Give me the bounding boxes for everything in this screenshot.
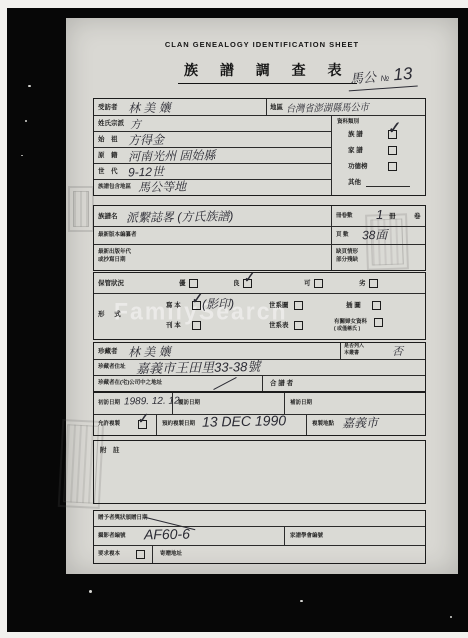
interviewee-label: 受訪者 — [98, 104, 118, 111]
award-date-label: 贈予者獎狀頒贈日期 — [98, 515, 148, 521]
copy-place-value: 嘉義市 — [342, 414, 378, 432]
gongdebang-checkbox — [388, 162, 397, 171]
table-checkbox — [294, 321, 303, 330]
manuscript-label: 寫 本 — [166, 302, 181, 309]
manuscript-note: (影印) — [202, 295, 234, 313]
row-origin: 原 籍 河南光州 固始縣 — [94, 147, 331, 163]
section-book-info: 族譜名 派繫誌畧 (方氏族譜) 冊卷數 1 冊 卷 最新版本編纂者 頁 數 38… — [93, 205, 426, 271]
print-label: 刊 本 — [166, 322, 181, 329]
option-good: 良 — [233, 280, 240, 287]
pubdate-label-2: 或抄寫日期 — [98, 257, 126, 263]
divider — [266, 99, 267, 115]
option-poor: 劣 — [359, 280, 366, 287]
row-workplace: 珍藏者在(宅)公司中之地址 合 譜 者 — [94, 375, 425, 391]
row-generations: 世 代 9-12世 — [94, 163, 331, 179]
coverage-value: 馬公等地 — [138, 178, 186, 196]
copy-date-label: 預約複製日期 — [162, 421, 195, 427]
scan-speck — [28, 85, 31, 87]
divider — [284, 526, 285, 545]
origin-label: 原 籍 — [98, 152, 118, 159]
divider — [340, 343, 341, 359]
divider — [262, 375, 263, 391]
pages-label: 頁 數 — [336, 232, 349, 238]
volumes-unit2: 卷 — [414, 213, 421, 220]
missing-label-2: 部分殘缺 — [336, 257, 358, 263]
number-symbol: № — [380, 74, 389, 84]
genealogy-form-page: FamilySearch CLAN GENEALOGY IDENTIFICATI… — [66, 18, 458, 574]
editor-label: 最新版本編纂者 — [98, 232, 137, 238]
copy-request-label: 要求複本 — [98, 551, 120, 557]
category-item-jiapu: 家 譜 — [348, 147, 363, 154]
chart-label: 世系圖 — [269, 302, 289, 309]
area-value: 台灣省澎湖縣馬公市 — [286, 98, 369, 115]
option-fair: 可 — [304, 280, 311, 287]
series-label-2: 本叢書 — [344, 351, 359, 357]
format-label: 形 式 — [98, 311, 125, 318]
row-surname: 姓氏宗派 方 — [94, 115, 331, 131]
area-label: 地區 — [270, 104, 283, 111]
form-title: 族 譜 調 查 表 — [178, 60, 357, 84]
row-photographer: 攝影者編號 AF60-6 家譜學會編號 — [94, 526, 425, 545]
scan-speck — [300, 600, 303, 602]
origin-value: 河南光州 固始縣 — [128, 146, 216, 165]
society-id-label: 家譜學會編號 — [290, 533, 323, 539]
scanner-black-background: FamilySearch CLAN GENEALOGY IDENTIFICATI… — [7, 8, 468, 632]
missing-label-1: 缺頁情形 — [336, 249, 358, 255]
women-data-note: ( 或僅稱氏 ) — [334, 327, 360, 333]
section-interviewee-info: 受訪者 林 美 孃 地區 台灣省澎湖縣馬公市 姓氏宗派 方 始 祖 方得金 原 … — [93, 98, 426, 196]
send-address-label: 寄贈地址 — [160, 551, 182, 557]
interviewee-value: 林 美 孃 — [128, 99, 171, 117]
photographer-id-value: AF60-6 — [144, 526, 190, 543]
option-excellent: 優 — [179, 280, 186, 287]
row-coverage: 族譜包含地區 馬公等地 — [94, 179, 331, 195]
scan-speck — [25, 120, 27, 122]
category-item-zupu: 族 譜 — [348, 131, 363, 138]
chart-checkbox — [294, 301, 303, 310]
fair-checkbox — [314, 279, 323, 288]
zupu-checkmark: ✓ — [386, 118, 402, 138]
volumes-label: 冊卷數 — [336, 213, 353, 219]
handwritten-place: 馬公 — [349, 69, 376, 86]
copy-date-value: 13 DEC 1990 — [202, 412, 286, 429]
book-title-label: 族譜名 — [98, 213, 118, 220]
section-admin: 贈予者獎狀頒贈日期 攝影者編號 AF60-6 家譜學會編號 要求複本 寄贈地址 — [93, 510, 426, 564]
copy-permit-label: 允許複製 — [98, 421, 120, 427]
handwritten-page-number: 馬公 № 13 — [347, 64, 417, 92]
table-label: 世系表 — [269, 322, 289, 329]
watermark-seal — [68, 186, 94, 232]
row-book-title: 族譜名 派繫誌畧 (方氏族譜) 冊卷數 1 冊 卷 — [94, 206, 425, 226]
volumes-value: 1 — [376, 207, 383, 222]
pages-value: 38面 — [362, 226, 388, 243]
section-keeper: 珍藏者 林 美 孃 是否列入 本叢書 否 珍藏者住址 嘉義市王田里33-38號 … — [93, 342, 426, 392]
copy-place-label: 複製地點 — [312, 421, 334, 427]
workplace-label: 珍藏者在(宅)公司中之地址 — [98, 380, 162, 386]
row-interviewee: 受訪者 林 美 孃 地區 台灣省澎湖縣馬公市 — [94, 99, 425, 115]
row-editor: 最新版本編纂者 頁 數 38面 — [94, 226, 425, 244]
women-data-label: 有關婦女資料 — [334, 319, 367, 325]
photographer-id-label: 攝影者編號 — [98, 533, 126, 539]
coverage-label: 族譜包含地區 — [98, 184, 131, 190]
handwritten-slash — [213, 377, 236, 390]
excellent-checkbox — [189, 279, 198, 288]
third-visit-label: 補訪日期 — [290, 400, 312, 406]
row-format: 形 式 寫 本 ✓ (影印) 世系圖 插 圖 刊 本 世系表 有關婦女資料 ( … — [94, 293, 425, 339]
women-data-checkbox — [374, 318, 383, 327]
first-visit-label: 初訪日期 — [98, 400, 120, 406]
series-label-1: 是否列入 — [344, 344, 364, 350]
data-category-box: 資料類別 族 譜 ✓ 家 譜 功德榜 其他 — [331, 115, 425, 195]
section-condition: 保管狀況 優 良 ✓ 可 劣 形 式 寫 本 ✓ (影印) 世系圖 插 圖 — [93, 272, 426, 340]
good-checkmark: ✓ — [242, 269, 256, 287]
keeper-address-value: 嘉義市王田里33-38號 — [136, 356, 261, 377]
second-visit-label: 覆訪日期 — [178, 400, 200, 406]
illustration-checkbox — [372, 301, 381, 310]
divider — [156, 414, 157, 435]
scan-speck — [450, 616, 452, 618]
condition-label: 保管狀況 — [98, 280, 124, 287]
illustration-label: 插 圖 — [346, 302, 361, 309]
print-checkbox — [192, 321, 201, 330]
generations-label: 世 代 — [98, 168, 118, 175]
row-copy-request: 要求複本 寄贈地址 — [94, 545, 425, 563]
notes-label: 附 註 — [100, 447, 120, 454]
category-label: 資料類別 — [337, 119, 359, 125]
section-visits: 初訪日期 1989. 12. 12 覆訪日期 補訪日期 允許複製 ✓ 預約複製日… — [93, 392, 426, 436]
row-copying: 允許複製 ✓ 預約複製日期 13 DEC 1990 複製地點 嘉義市 — [94, 414, 425, 435]
divider — [172, 393, 173, 414]
keeper-label: 珍藏者 — [98, 348, 118, 355]
category-item-gongdebang: 功德榜 — [348, 163, 368, 170]
scan-speck — [89, 590, 92, 593]
row-condition: 保管狀況 優 良 ✓ 可 劣 — [94, 273, 425, 293]
pubdate-label-1: 最新出版年代 — [98, 249, 131, 255]
cocompiler-label: 合 譜 者 — [270, 380, 293, 387]
volumes-unit1: 冊 — [389, 213, 396, 220]
surname-value: 方 — [130, 116, 141, 132]
row-award: 贈予者獎狀頒贈日期 — [94, 511, 425, 526]
row-keeper-address: 珍藏者住址 嘉義市王田里33-38號 — [94, 359, 425, 375]
row-pubdate: 最新出版年代 或抄寫日期 缺頁情形 部分殘缺 — [94, 244, 425, 270]
row-founder: 始 祖 方得金 — [94, 131, 331, 147]
divider — [306, 414, 307, 435]
category-item-other: 其他 — [348, 179, 361, 186]
copy-request-checkbox — [136, 550, 145, 559]
handwritten-number: 13 — [393, 64, 413, 84]
divider — [152, 545, 153, 563]
jiapu-checkbox — [388, 146, 397, 155]
surname-label: 姓氏宗派 — [98, 120, 124, 127]
other-blank-line — [366, 186, 410, 187]
keeper-address-label: 珍藏者住址 — [98, 364, 126, 370]
scan-speck — [21, 155, 23, 156]
series-value: 否 — [392, 343, 403, 359]
section-notes: 附 註 — [93, 440, 426, 504]
founder-value: 方得金 — [128, 131, 164, 149]
divider — [284, 393, 285, 414]
book-title-value: 派繫誌畧 (方氏族譜) — [126, 207, 234, 226]
form-english-title: CLAN GENEALOGY IDENTIFICATION SHEET — [66, 40, 458, 49]
poor-checkbox — [369, 279, 378, 288]
founder-label: 始 祖 — [98, 136, 118, 143]
